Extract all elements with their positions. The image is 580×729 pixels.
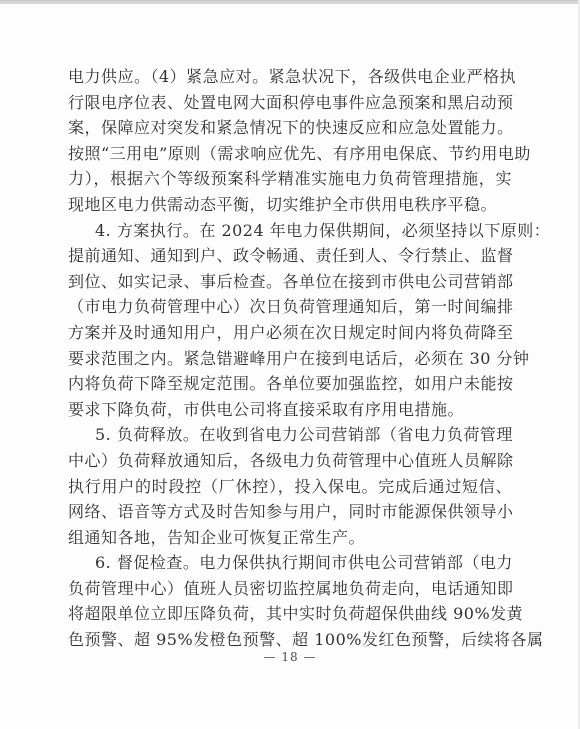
text-line: 要求范围之内。紧急错避峰用户在接到电话后，必须在 30 分钟	[68, 346, 512, 372]
text-line: 行限电序位表、处置电网大面积停电事件应急预案和黑启动预	[68, 90, 512, 116]
scan-edge-top	[0, 0, 580, 4]
text-line: 提前通知、通知到户、政令畅通、责任到人、令行禁止、监督	[68, 243, 512, 269]
text-line: 色预警、超 95%发橙色预警、超 100%发红色预警，后续将各属	[68, 627, 512, 653]
text-line: 按照“三用电”原则（需求响应优先、有序用电保底、节约用电助	[68, 141, 512, 167]
document-page: { "doc": { "lines": [ "电力供应。（4）紧急应对。紧急状况…	[0, 0, 580, 729]
text-line: 力），根据六个等级预案科学精准实施电力负荷管理措施，实	[68, 166, 512, 192]
text-line: 方案并及时通知用户，用户必须在次日规定时间内将负荷降至	[68, 320, 512, 346]
text-line: 内将负荷下降至规定范围。各单位要加强监控，如用户未能按	[68, 371, 512, 397]
text-line: 负荷管理中心）值班人员密切监控属地负荷走向，电话通知即	[68, 576, 512, 602]
text-line: 中心）负荷释放通知后，各级电力负荷管理中心值班人员解除	[68, 448, 512, 474]
document-text: 电力供应。（4）紧急应对。紧急状况下，各级供电企业严格执 行限电序位表、处置电网…	[68, 64, 512, 653]
text-line: 将超限单位立即压降负荷，其中实时负荷超保供曲线 90%发黄	[68, 601, 512, 627]
text-line: 现地区电力供需动态平衡，切实维护全市供用电秩序平稳。	[68, 192, 512, 218]
text-line: 案，保障应对突发和紧急情况下的快速反应和应急处置能力。	[68, 115, 512, 141]
text-line: 网络、语音等方式及时告知参与用户，同时市能源保供领导小	[68, 499, 512, 525]
text-line: 组通知各地，告知企业可恢复正常生产。	[68, 525, 512, 551]
text-line: 4. 方案执行。在 2024 年电力保供期间，必须坚持以下原则：	[68, 218, 512, 244]
text-line: 执行用户的时段控（厂休控），投入保电。完成后通过短信、	[68, 474, 512, 500]
text-line: （市电力负荷管理中心）次日负荷管理通知后，第一时间编排	[68, 294, 512, 320]
page-number: — 18 —	[0, 650, 580, 664]
text-line: 5. 负荷释放。在收到省电力公司营销部（省电力负荷管理	[68, 422, 512, 448]
text-line: 6. 督促检查。电力保供执行期间市供电公司营销部（电力	[68, 550, 512, 576]
text-line: 电力供应。（4）紧急应对。紧急状况下，各级供电企业严格执	[68, 64, 512, 90]
text-line: 要求下降负荷，市供电公司将直接采取有序用电措施。	[68, 397, 512, 423]
text-line: 到位、如实记录、事后检查。各单位在接到市供电公司营销部	[68, 269, 512, 295]
